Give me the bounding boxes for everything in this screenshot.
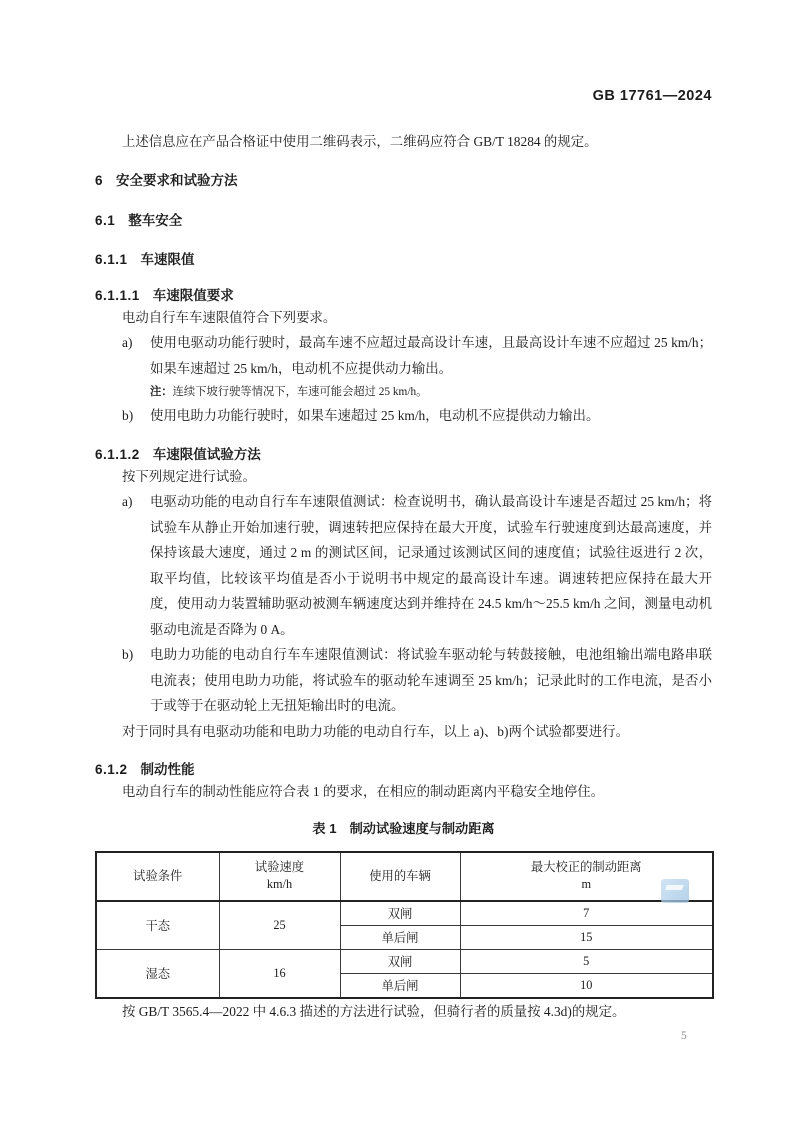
list-marker: b) xyxy=(122,642,133,668)
header-max-corrected-distance-label: 最大校正的制动距离 xyxy=(465,859,709,876)
header-test-speed-label: 试验速度 xyxy=(224,859,336,876)
note-label: 注： xyxy=(150,386,173,398)
clause-number: 6 xyxy=(95,172,103,190)
cell-condition: 湿态 xyxy=(96,949,219,998)
list-marker: a) xyxy=(122,489,132,515)
list-item-a: a) 电驱动功能的电动自行车车速限值测试：检查说明书，确认最高设计车速是否超过 … xyxy=(95,489,712,642)
header-vehicle-used: 使用的车辆 xyxy=(340,852,460,901)
table-row: 湿态 16 双闸 5 xyxy=(96,949,713,973)
table-caption-title: 制动试验速度与制动距离 xyxy=(350,821,495,836)
header-test-speed: 试验速度 km/h xyxy=(219,852,340,901)
document-content: 上述信息应在产品合格证中使用二维码表示，二维码应符合 GB/T 18284 的规… xyxy=(95,129,712,1024)
clause-number: 6.1.1 xyxy=(95,251,128,269)
header-max-corrected-distance: 最大校正的制动距离 m xyxy=(460,852,713,901)
braking-distance-table: 试验条件 试验速度 km/h 使用的车辆 最大校正的制动距离 m xyxy=(95,851,714,999)
list-item-a: a) 使用电驱动功能行驶时，最高车速不应超过最高设计车速，且最高设计车速不应超过… xyxy=(95,330,712,381)
clause-title: 整车安全 xyxy=(128,212,182,230)
clause-title: 制动性能 xyxy=(141,761,195,779)
clause-number: 6.1.1.2 xyxy=(95,446,140,464)
list-marker: b) xyxy=(122,403,133,429)
paragraph-braking-lead: 电动自行车的制动性能应符合表 1 的要求，在相应的制动距离内平稳安全地停住。 xyxy=(95,779,712,805)
paragraph-speed-limit-lead: 电动自行车车速限值符合下列要求。 xyxy=(95,305,712,331)
cell-distance: 7 xyxy=(460,901,713,926)
page-number: 5 xyxy=(681,1030,688,1042)
cell-distance: 5 xyxy=(460,949,713,973)
table-header-row: 试验条件 试验速度 km/h 使用的车辆 最大校正的制动距离 m xyxy=(96,852,713,901)
list-item-text: 电驱动功能的电动自行车车速限值测试：检查说明书，确认最高设计车速是否超过 25 … xyxy=(150,489,712,642)
cell-brake-type: 单后闸 xyxy=(340,925,460,949)
document-code: GB 17761—2024 xyxy=(593,88,712,104)
header-test-condition: 试验条件 xyxy=(96,852,219,901)
paragraph-both-tests: 对于同时具有电驱动功能和电助力功能的电动自行车，以上 a)、b)两个试验都要进行… xyxy=(95,719,712,745)
note-text: 连续下坡行驶等情况下，车速可能会超过 25 km/h。 xyxy=(173,386,428,398)
document-page: GB 17761—2024 上述信息应在产品合格证中使用二维码表示，二维码应符合… xyxy=(0,0,793,1122)
heading-6-1: 6.1 整车安全 xyxy=(95,212,712,230)
heading-6-1-1-1: 6.1.1.1 车速限值要求 xyxy=(95,287,712,305)
list-marker: a) xyxy=(122,330,132,356)
table-caption-number: 表 1 xyxy=(312,821,336,836)
table-caption: 表 1制动试验速度与制动距离 xyxy=(95,820,712,838)
cell-speed: 16 xyxy=(219,949,340,998)
heading-6: 6 安全要求和试验方法 xyxy=(95,172,712,190)
table-row: 干态 25 双闸 7 xyxy=(96,901,713,926)
list-item-text: 使用电驱动功能行驶时，最高车速不应超过最高设计车速，且最高设计车速不应超过 25… xyxy=(150,330,712,381)
heading-6-1-1: 6.1.1 车速限值 xyxy=(95,251,712,269)
list-item-b: b) 使用电助力功能行驶时，如果车速超过 25 km/h，电动机不应提供动力输出… xyxy=(95,403,712,429)
clause-title: 安全要求和试验方法 xyxy=(116,172,238,190)
paragraph-test-lead: 按下列规定进行试验。 xyxy=(95,464,712,490)
heading-6-1-1-2: 6.1.1.2 车速限值试验方法 xyxy=(95,446,712,464)
clause-number: 6.1.1.1 xyxy=(95,287,140,305)
header-max-corrected-distance-unit: m xyxy=(465,876,709,893)
cell-distance: 10 xyxy=(460,973,713,998)
intro-paragraph: 上述信息应在产品合格证中使用二维码表示，二维码应符合 GB/T 18284 的规… xyxy=(95,129,712,155)
heading-6-1-2: 6.1.2 制动性能 xyxy=(95,761,712,779)
note-line: 注：连续下坡行驶等情况下，车速可能会超过 25 km/h。 xyxy=(150,382,712,402)
list-item-b: b) 电助力功能的电动自行车车速限值测试：将试验车驱动轮与转鼓接触，电池组输出端… xyxy=(95,642,712,719)
header-vehicle-used-label: 使用的车辆 xyxy=(369,869,431,883)
cell-brake-type: 单后闸 xyxy=(340,973,460,998)
clause-number: 6.1 xyxy=(95,212,115,230)
header-test-speed-unit: km/h xyxy=(224,876,336,893)
clause-title: 车速限值试验方法 xyxy=(153,446,261,464)
list-item-text: 使用电助力功能行驶时，如果车速超过 25 km/h，电动机不应提供动力输出。 xyxy=(150,403,712,429)
cell-brake-type: 双闸 xyxy=(340,901,460,926)
cell-distance: 15 xyxy=(460,925,713,949)
paragraph-test-method: 按 GB/T 3565.4—2022 中 4.6.3 描述的方法进行试验，但骑行… xyxy=(95,999,712,1025)
cell-condition: 干态 xyxy=(96,901,219,950)
clause-number: 6.1.2 xyxy=(95,761,128,779)
cell-speed: 25 xyxy=(219,901,340,950)
list-item-text: 电助力功能的电动自行车车速限值测试：将试验车驱动轮与转鼓接触，电池组输出端电路串… xyxy=(150,642,712,719)
clause-title: 车速限值要求 xyxy=(153,287,234,305)
clause-title: 车速限值 xyxy=(141,251,195,269)
cell-brake-type: 双闸 xyxy=(340,949,460,973)
